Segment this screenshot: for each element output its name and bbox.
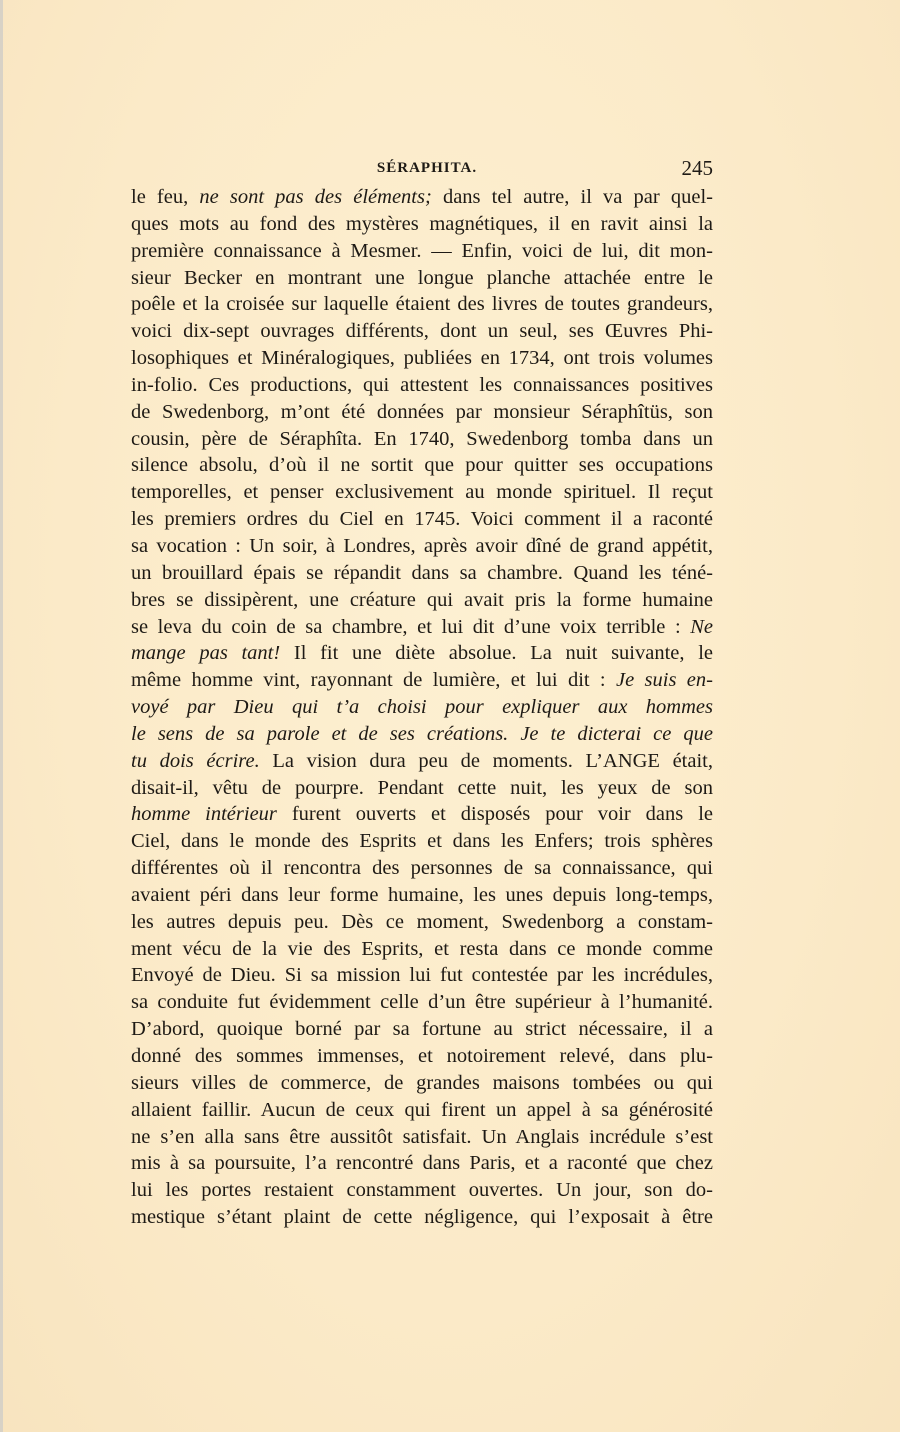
text-line: donné des sommes immenses, et notoiremen… <box>131 1043 713 1070</box>
text-line: ne s’en alla sans être aussitôt satisfai… <box>131 1124 713 1151</box>
text-run: La vision dura peu de moments. L’ANGE ét… <box>260 750 713 772</box>
text-line: différentes où il rencontra des personne… <box>131 855 713 882</box>
text-run: cousin, père de Séraphîta. En 1740, Swed… <box>131 428 713 450</box>
text-line: cousin, père de Séraphîta. En 1740, Swed… <box>131 426 713 453</box>
text-run: sa vocation : Un soir, à Londres, après … <box>131 535 713 557</box>
italic-run: homme intérieur <box>131 803 277 825</box>
text-line: sa vocation : Un soir, à Londres, après … <box>131 533 713 560</box>
text-run: mis à sa poursuite, l’a rencontré dans P… <box>131 1152 713 1174</box>
page-number: 245 <box>682 156 714 181</box>
text-line: temporelles, et penser exclusivement au … <box>131 479 713 506</box>
text-line: in-folio. Ces productions, qui attestent… <box>131 372 713 399</box>
text-line: mis à sa poursuite, l’a rencontré dans P… <box>131 1150 713 1177</box>
text-run: les autres depuis peu. Dès ce moment, Sw… <box>131 911 713 933</box>
text-line: avaient péri dans leur forme humaine, le… <box>131 882 713 909</box>
text-line: homme intérieur furent ouverts et dispos… <box>131 801 713 828</box>
text-line: sieurs villes de commerce, de grandes ma… <box>131 1070 713 1097</box>
text-run: même homme vint, rayonnant de lumière, e… <box>131 669 616 691</box>
text-line: se leva du coin de sa chambre, et lui di… <box>131 614 713 641</box>
text-line: D’abord, quoique borné par sa fortune au… <box>131 1016 713 1043</box>
text-run: sa conduite fut évidemment celle d’un êt… <box>131 991 713 1013</box>
italic-run: Ne <box>690 616 713 638</box>
text-line: ment vécu de la vie des Esprits, et rest… <box>131 936 713 963</box>
text-run: de Swedenborg, m’ont été données par mon… <box>131 401 713 423</box>
text-line: disait-il, vêtu de pourpre. Pendant cett… <box>131 775 713 802</box>
text-line: losophiques et Minéralogiques, publiées … <box>131 345 713 372</box>
page-edge <box>0 0 3 1432</box>
text-run: différentes où il rencontra des personne… <box>131 857 713 879</box>
text-line: sa conduite fut évidemment celle d’un êt… <box>131 989 713 1016</box>
text-run: dans tel autre, il va par quel- <box>432 186 713 208</box>
running-head: SÉRAPHITA. 245 <box>131 156 713 184</box>
text-run: lui les portes restaient constamment ouv… <box>131 1179 713 1201</box>
text-line: ques mots au fond des mystères magnétiqu… <box>131 211 713 238</box>
text-line: Ciel, dans le monde des Esprits et dans … <box>131 828 713 855</box>
text-run: ques mots au fond des mystères magnétiqu… <box>131 213 713 235</box>
text-line: silence absolu, d’où il ne sortit que po… <box>131 452 713 479</box>
text-line: poêle et la croisée sur laquelle étaient… <box>131 291 713 318</box>
italic-run: Je suis en- <box>616 669 713 691</box>
book-page: SÉRAPHITA. 245 le feu, ne sont pas des é… <box>0 0 900 1432</box>
text-run: première connaissance à Mesmer. — Enfin,… <box>131 240 713 262</box>
text-run: disait-il, vêtu de pourpre. Pendant cett… <box>131 777 713 799</box>
text-run: Ciel, dans le monde des Esprits et dans … <box>131 830 713 852</box>
text-line: les autres depuis peu. Dès ce moment, Sw… <box>131 909 713 936</box>
text-run: avaient péri dans leur forme humaine, le… <box>131 884 713 906</box>
text-line: sieur Becker en montrant une longue plan… <box>131 265 713 292</box>
text-run: D’abord, quoique borné par sa fortune au… <box>131 1018 713 1040</box>
text-line: bres se dissipèrent, une créature qui av… <box>131 587 713 614</box>
text-line: de Swedenborg, m’ont été données par mon… <box>131 399 713 426</box>
text-line: mestique s’étant plaint de cette néglige… <box>131 1204 713 1231</box>
text-run: Envoyé de Dieu. Si sa mission lui fut co… <box>131 964 713 986</box>
text-line: Envoyé de Dieu. Si sa mission lui fut co… <box>131 962 713 989</box>
text-line: le sens de sa parole et de ses créations… <box>131 721 713 748</box>
text-run: le feu, <box>131 186 199 208</box>
text-run: poêle et la croisée sur laquelle étaient… <box>131 293 713 315</box>
text-run: silence absolu, d’où il ne sortit que po… <box>131 454 713 476</box>
text-run: temporelles, et penser exclusivement au … <box>131 481 713 503</box>
text-run: se leva du coin de sa chambre, et lui di… <box>131 616 690 638</box>
text-run: Il fit une diète absolue. La nuit suivan… <box>280 642 713 664</box>
body-text: le feu, ne sont pas des éléments; dans t… <box>131 184 713 1231</box>
italic-run: mange pas tant! <box>131 642 280 664</box>
italic-run: voyé par Dieu qui t’a choisi pour expliq… <box>131 696 713 718</box>
text-run: les premiers ordres du Ciel en 1745. Voi… <box>131 508 713 530</box>
text-line: tu dois écrire. La vision dura peu de mo… <box>131 748 713 775</box>
running-title: SÉRAPHITA. <box>131 160 713 177</box>
text-line: voyé par Dieu qui t’a choisi pour expliq… <box>131 694 713 721</box>
text-run: voici dix-sept ouvrages différents, dont… <box>131 320 713 342</box>
text-line: le feu, ne sont pas des éléments; dans t… <box>131 184 713 211</box>
text-line: première connaissance à Mesmer. — Enfin,… <box>131 238 713 265</box>
text-run: ment vécu de la vie des Esprits, et rest… <box>131 938 713 960</box>
text-line: même homme vint, rayonnant de lumière, e… <box>131 667 713 694</box>
text-run: bres se dissipèrent, une créature qui av… <box>131 589 713 611</box>
text-line: voici dix-sept ouvrages différents, dont… <box>131 318 713 345</box>
text-run: losophiques et Minéralogiques, publiées … <box>131 347 713 369</box>
text-run: sieurs villes de commerce, de grandes ma… <box>131 1072 713 1094</box>
text-run: furent ouverts et disposés pour voir dan… <box>277 803 713 825</box>
text-run: mestique s’étant plaint de cette néglige… <box>131 1206 713 1228</box>
italic-run: ne sont pas des éléments; <box>199 186 431 208</box>
text-line: allaient faillir. Aucun de ceux qui fire… <box>131 1097 713 1124</box>
italic-run: tu dois écrire. <box>131 750 260 772</box>
text-line: un brouillard épais se répandit dans sa … <box>131 560 713 587</box>
text-run: un brouillard épais se répandit dans sa … <box>131 562 713 584</box>
text-run: in-folio. Ces productions, qui attestent… <box>131 374 713 396</box>
text-line: les premiers ordres du Ciel en 1745. Voi… <box>131 506 713 533</box>
italic-run: le sens de sa parole et de ses créations… <box>131 723 713 745</box>
text-run: allaient faillir. Aucun de ceux qui fire… <box>131 1099 713 1121</box>
text-line: lui les portes restaient constamment ouv… <box>131 1177 713 1204</box>
text-run: sieur Becker en montrant une longue plan… <box>131 267 713 289</box>
text-run: ne s’en alla sans être aussitôt satisfai… <box>131 1126 713 1148</box>
text-run: donné des sommes immenses, et notoiremen… <box>131 1045 713 1067</box>
text-line: mange pas tant! Il fit une diète absolue… <box>131 640 713 667</box>
